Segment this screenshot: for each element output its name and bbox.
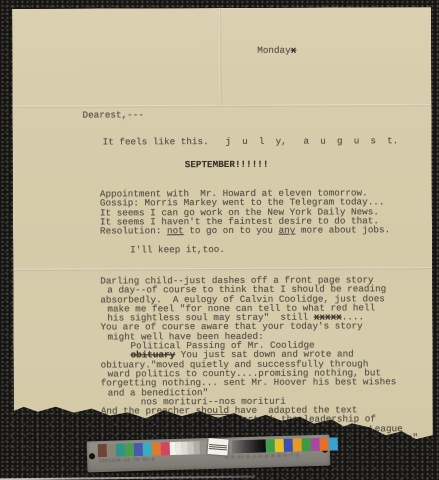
line-feels: It feels like this. j u l y, a u g u s t… [103, 136, 432, 147]
color-patch [98, 444, 107, 457]
calibration-text-left: 20X1220-18-TM-64-8 [99, 456, 191, 469]
salutation: Dearest,--- [82, 109, 431, 120]
color-patch [284, 439, 293, 452]
color-patch [302, 438, 311, 451]
color-patch [275, 439, 284, 452]
text-segment: I'll keep it,too. [130, 244, 225, 255]
color-patch [293, 438, 302, 451]
calibration-text-right: 8-5-12-8-1-U-D-R-8-U-7-1 [225, 453, 319, 466]
text-segment: more about jobs. [295, 225, 390, 236]
color-patch [311, 438, 320, 451]
color-patch [152, 442, 161, 455]
color-patch [161, 442, 170, 455]
calibration-label-sticker [207, 438, 228, 455]
body-line: I'll keep it,too. [130, 244, 432, 255]
dateline: Mondayx [257, 45, 431, 55]
text-segment: Resolution: [100, 226, 167, 237]
color-patch [266, 439, 275, 452]
letter-text: MondayxDearest,---It feels like this. j … [12, 7, 433, 445]
color-patch [125, 443, 134, 456]
text-segment: any [279, 225, 296, 236]
color-patch [107, 444, 116, 457]
body-line: Resolution: not to go on to you any more… [100, 225, 432, 236]
letter-sheet: MondayxDearest,---It feels like this. j … [12, 7, 433, 445]
text-segment: Monday [257, 45, 291, 56]
text-segment: to go on to you [184, 225, 279, 236]
text-segment: It feels like this. j u l y, a u g u s t… [103, 135, 399, 147]
color-patch [143, 443, 152, 456]
text-segment: not [167, 226, 184, 237]
color-patch [116, 443, 125, 456]
punch-hole-left [89, 453, 95, 459]
gray-wedge-step [200, 441, 206, 454]
text-segment: x [291, 45, 297, 56]
text-segment: SEPTEMBER!!!!!! [185, 159, 269, 170]
dark-gray-wedge [232, 439, 266, 453]
line-september: SEPTEMBER!!!!!! [185, 159, 432, 169]
color-patch [320, 438, 329, 451]
color-patch [329, 437, 338, 450]
color-patch [134, 443, 143, 456]
text-segment: Dearest,--- [82, 110, 143, 121]
